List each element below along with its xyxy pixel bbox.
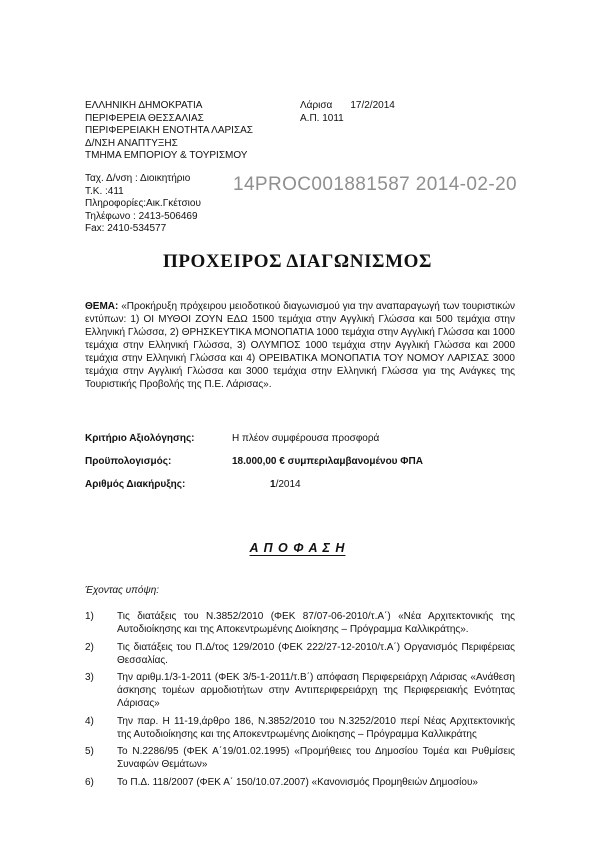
agency-line-republic: ΕΛΛΗΝΙΚΗ ΔΗΜΟΚΡΑΤΙΑ xyxy=(85,100,253,113)
decision-intro: Έχοντας υπόψη: xyxy=(85,585,159,596)
contact-fax: Fax: 2410-534577 xyxy=(85,223,201,236)
list-item: 6) Το Π.Δ. 118/2007 (ΦΕΚ Α΄ 150/10.07.20… xyxy=(85,776,515,789)
list-item-number: 4) xyxy=(85,715,117,741)
registry-watermark: 14PROC001881587 2014-02-20 xyxy=(233,174,517,196)
list-item: 3) Την αριθμ.1/3-1-2011 (ΦΕΚ 3/5-1-2011/… xyxy=(85,671,515,710)
list-item: 4) Την παρ. Η 11-19,άρθρο 186, Ν.3852/20… xyxy=(85,715,515,741)
page-title: ΠΡΟΧΕΙΡΟΣ ΔΙΑΓΩΝΙΣΜΟΣ xyxy=(0,251,595,273)
list-item-number: 1) xyxy=(85,610,117,636)
tender-number-label: Αριθμός Διακήρυξης: xyxy=(85,478,232,491)
criterion-label: Κριτήριο Αξιολόγησης: xyxy=(85,432,232,445)
budget-value: 18.000,00 € συμπεριλαμβανομένου ΦΠΑ xyxy=(232,455,515,468)
place-date-line: Λάρισα17/2/2014 xyxy=(300,100,395,113)
list-item-text: Την αριθμ.1/3-1-2011 (ΦΕΚ 3/5-1-2011/τ.Β… xyxy=(117,671,515,710)
legal-basis-list: 1) Τις διατάξεις του Ν.3852/2010 (ΦΕΚ 87… xyxy=(85,610,515,793)
tender-number-value: 1/2014 xyxy=(232,478,515,491)
list-item: 5) Το Ν.2286/95 (ΦΕΚ Α΄19/01.02.1995) «Π… xyxy=(85,745,515,771)
details-block: Κριτήριο Αξιολόγησης: Η πλέον συμφέρουσα… xyxy=(85,432,515,501)
agency-line-regional-unit: ΠΕΡΙΦΕΡΕΙΑΚΗ ΕΝΟΤΗΤΑ ΛΑΡΙΣΑΣ xyxy=(85,125,253,138)
agency-line-department: ΤΜΗΜΑ ΕΜΠΟΡΙΟΥ & ΤΟΥΡΙΣΜΟΥ xyxy=(85,150,253,163)
list-item-text: Τις διατάξεις του Ν.3852/2010 (ΦΕΚ 87/07… xyxy=(117,610,515,636)
subject-text: «Προκήρυξη πρόχειρου μειοδοτικού διαγωνι… xyxy=(85,301,515,390)
place-label: Λάρισα xyxy=(300,100,332,111)
contact-person: Πληροφορίες:Αικ.Γκέτσιου xyxy=(85,198,201,211)
budget-row: Προϋπολογισμός: 18.000,00 € συμπεριλαμβα… xyxy=(85,455,515,468)
agency-line-directorate: Δ/ΝΣΗ ΑΝΑΠΤΥΞΗΣ xyxy=(85,138,253,151)
document-page: ΕΛΛΗΝΙΚΗ ΔΗΜΟΚΡΑΤΙΑ ΠΕΡΙΦΕΡΕΙΑ ΘΕΣΣΑΛΙΑΣ… xyxy=(0,0,595,842)
subject-label: ΘΕΜΑ: xyxy=(85,301,118,312)
list-item-number: 6) xyxy=(85,776,117,789)
agency-block: ΕΛΛΗΝΙΚΗ ΔΗΜΟΚΡΑΤΙΑ ΠΕΡΙΦΕΡΕΙΑ ΘΕΣΣΑΛΙΑΣ… xyxy=(85,100,253,163)
subject-paragraph: ΘΕΜΑ: «Προκήρυξη πρόχειρου μειοδοτικού δ… xyxy=(85,300,515,391)
agency-line-region: ΠΕΡΙΦΕΡΕΙΑ ΘΕΣΣΑΛΙΑΣ xyxy=(85,113,253,126)
contact-address: Ταχ. Δ/νση : Διοικητήριο xyxy=(85,173,201,186)
list-item: 1) Τις διατάξεις του Ν.3852/2010 (ΦΕΚ 87… xyxy=(85,610,515,636)
document-date: 17/2/2014 xyxy=(350,100,395,111)
contact-phone: Τηλέφωνο : 2413-506469 xyxy=(85,211,201,224)
criterion-row: Κριτήριο Αξιολόγησης: Η πλέον συμφέρουσα… xyxy=(85,432,515,445)
list-item-number: 5) xyxy=(85,745,117,771)
decision-heading: Α Π Ο Φ Α Σ Η xyxy=(0,541,595,555)
decision-heading-text: Α Π Ο Φ Α Σ Η xyxy=(250,541,346,555)
list-item-text: Το Π.Δ. 118/2007 (ΦΕΚ Α΄ 150/10.07.2007)… xyxy=(117,776,515,789)
list-item-text: Το Ν.2286/95 (ΦΕΚ Α΄19/01.02.1995) «Προμ… xyxy=(117,745,515,771)
contact-block: Ταχ. Δ/νση : Διοικητήριο Τ.Κ. :411 Πληρο… xyxy=(85,173,201,236)
list-item-text: Την παρ. Η 11-19,άρθρο 186, Ν.3852/2010 … xyxy=(117,715,515,741)
budget-label: Προϋπολογισμός: xyxy=(85,455,232,468)
tender-number-row: Αριθμός Διακήρυξης: 1/2014 xyxy=(85,478,515,491)
tender-number-year: /2014 xyxy=(276,479,301,490)
criterion-value: Η πλέον συμφέρουσα προσφορά xyxy=(232,432,515,445)
list-item-number: 3) xyxy=(85,671,117,710)
protocol-number: Α.Π. 1011 xyxy=(300,113,395,126)
contact-postal-code: Τ.Κ. :411 xyxy=(85,186,201,199)
date-protocol-block: Λάρισα17/2/2014 Α.Π. 1011 xyxy=(300,100,395,125)
list-item-number: 2) xyxy=(85,641,117,667)
list-item: 2) Τις διατάξεις του Π.Δ/τος 129/2010 (Φ… xyxy=(85,641,515,667)
list-item-text: Τις διατάξεις του Π.Δ/τος 129/2010 (ΦΕΚ … xyxy=(117,641,515,667)
